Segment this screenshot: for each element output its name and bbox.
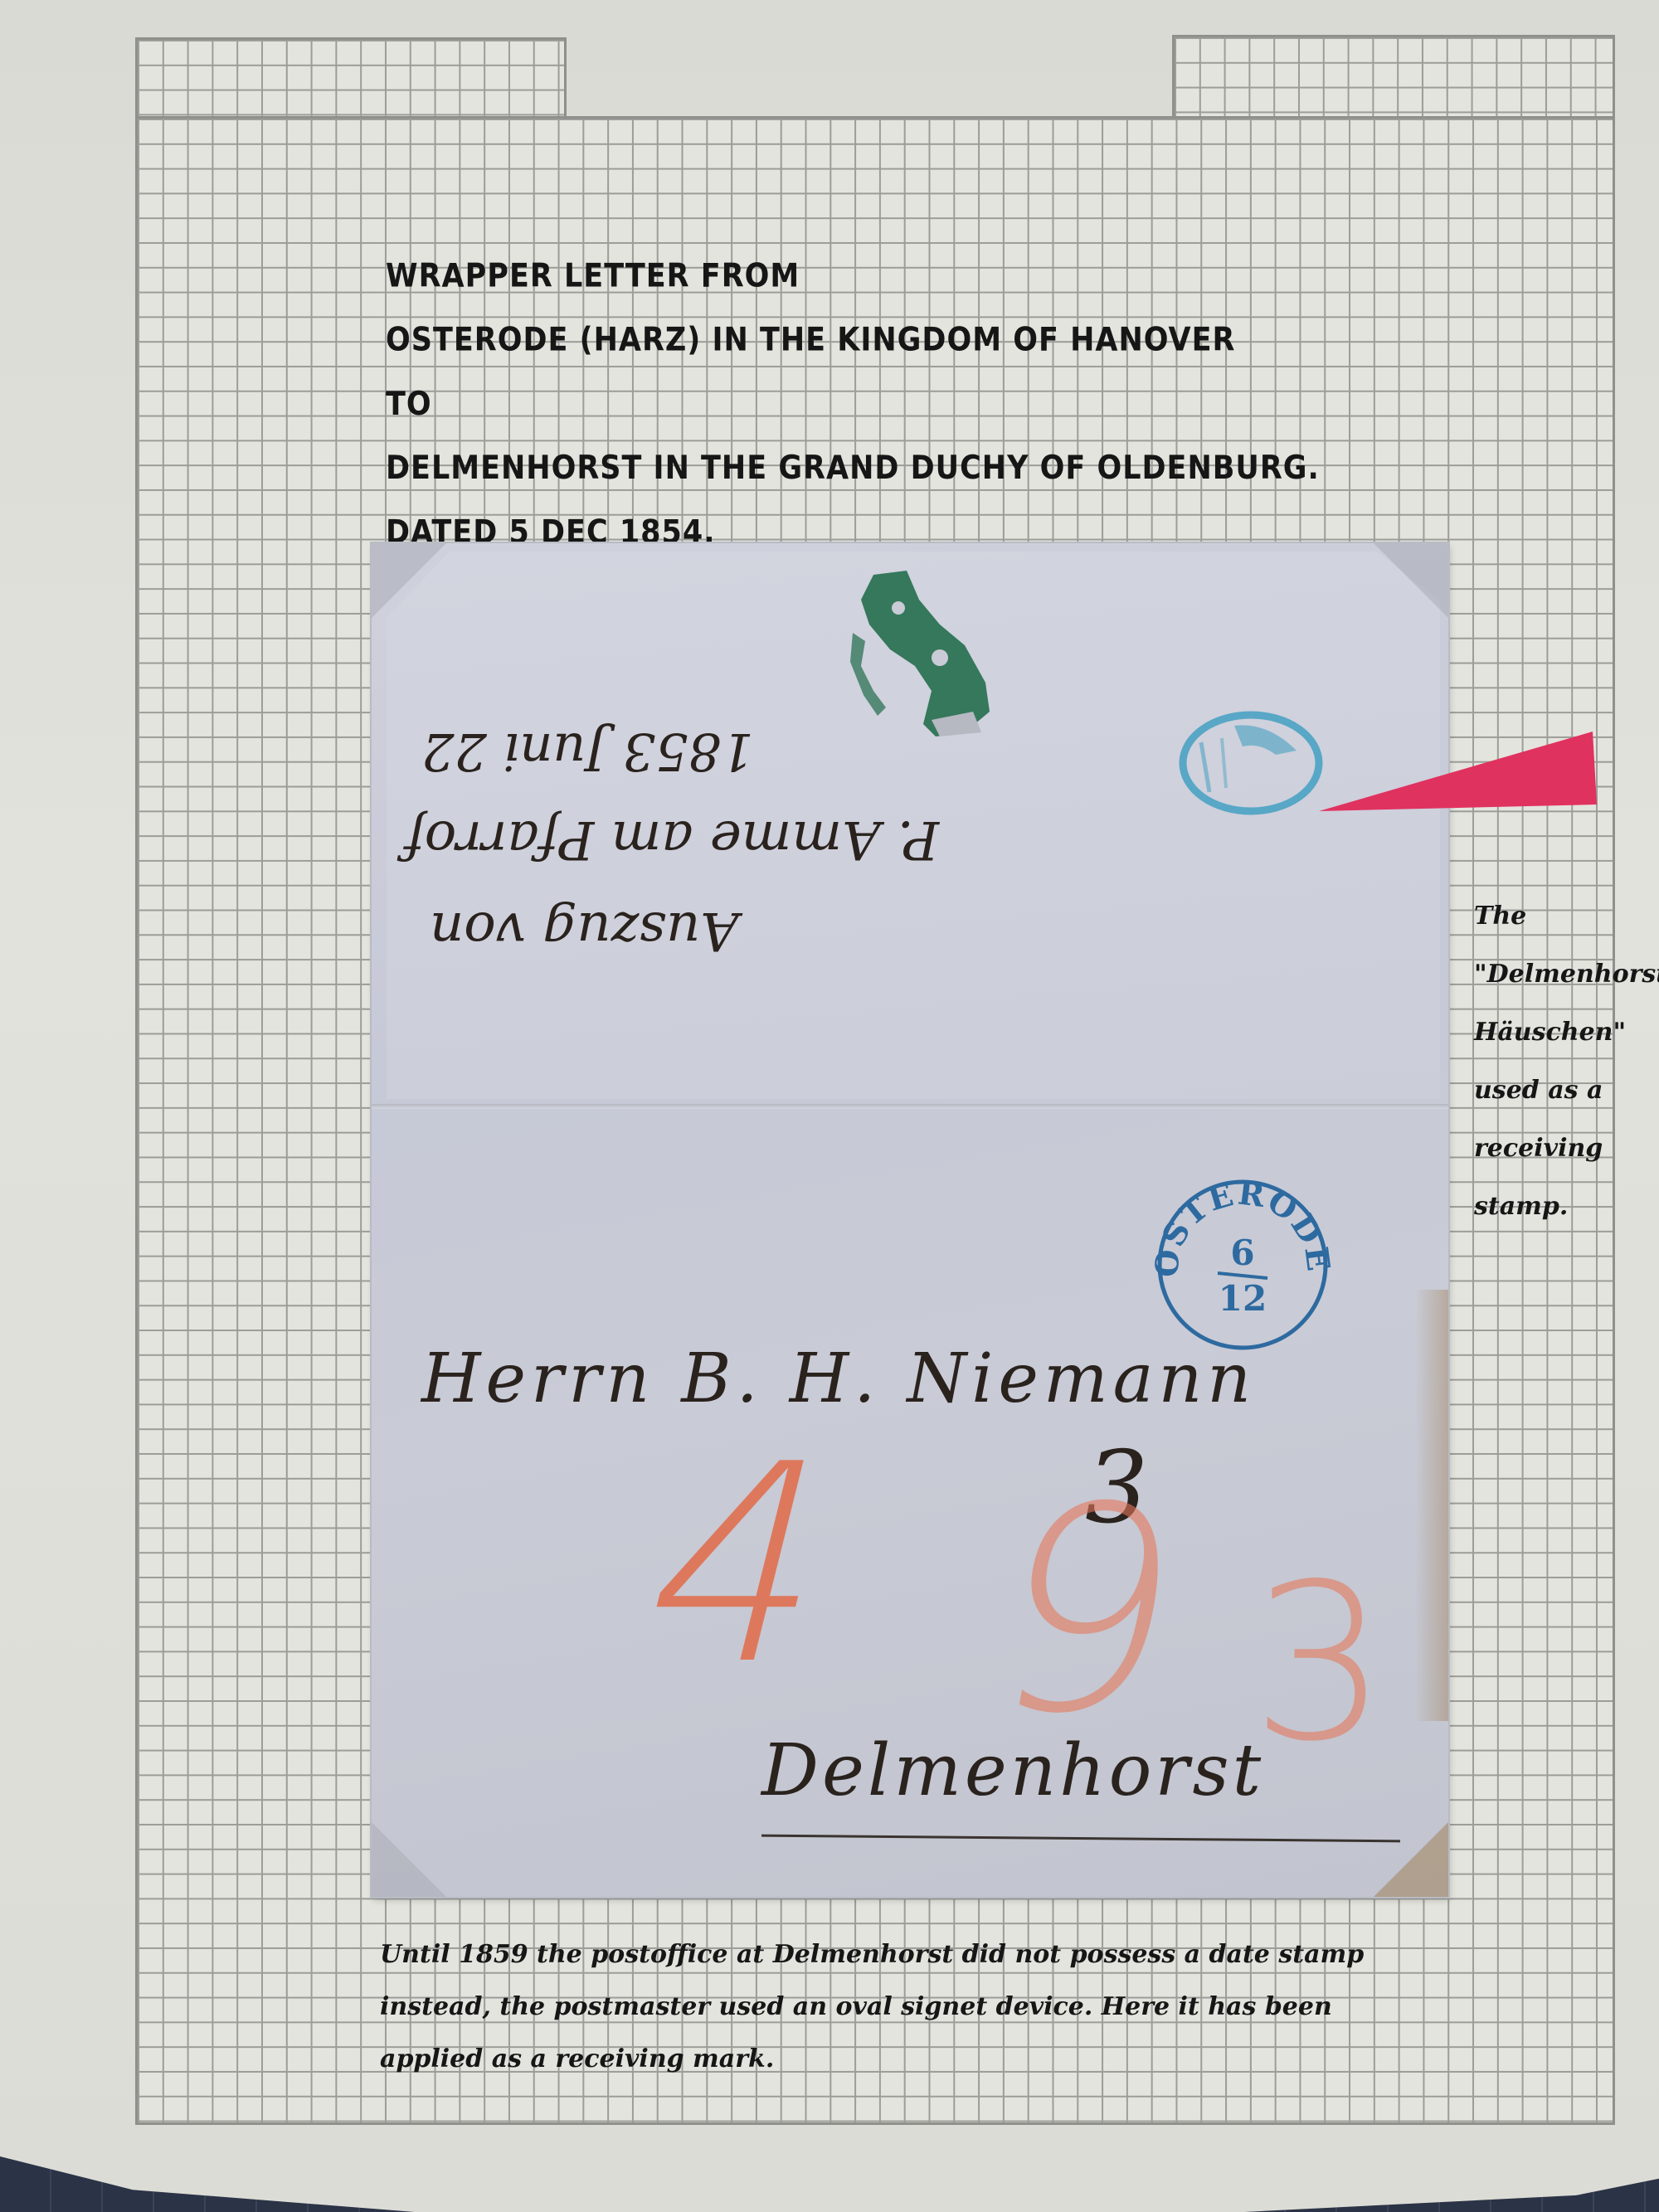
- side-note-line: stamp.: [1474, 1178, 1659, 1236]
- page-title: WRAPPER LETTER FROM OSTERODE (HARZ) IN T…: [386, 245, 1315, 565]
- side-note-line: receiving: [1474, 1120, 1659, 1178]
- bottom-caption: Until 1859 the postoffice at Delmenhorst…: [380, 1928, 1425, 2085]
- photo-corner-mount: [372, 1822, 446, 1897]
- fold-line: [372, 1104, 1448, 1109]
- grid-tab-right: [1172, 35, 1615, 121]
- sender-note-line: Auszug von: [430, 900, 738, 961]
- pointer-arrow-icon: [1319, 730, 1601, 813]
- osterode-postmark: OSTERODE 6 12: [1151, 1174, 1334, 1356]
- title-line: DELMENHORST IN THE GRAND DUCHY OF OLDENB…: [386, 437, 1315, 501]
- caption-line: applied as a receiving mark.: [380, 2033, 1425, 2085]
- photo-corner-mount: [1374, 1822, 1448, 1897]
- postmark-month: 12: [1219, 1278, 1267, 1319]
- age-stain: [1415, 1290, 1448, 1721]
- side-note-line: Häuschen": [1474, 1004, 1659, 1062]
- title-line: OSTERODE (HARZ) IN THE KINGDOM OF HANOVE…: [386, 309, 1315, 372]
- red-crayon-mark: 3: [1251, 1539, 1388, 1789]
- side-note-line: used as a: [1474, 1062, 1659, 1120]
- destination-underline: [761, 1835, 1400, 1843]
- oval-signet-receiving-mark: [1176, 709, 1326, 817]
- sender-note-line: P. Amme am Pfarrof: [405, 809, 939, 870]
- title-line: TO: [386, 373, 1315, 437]
- postmark-day: 6: [1230, 1232, 1254, 1273]
- sender-note-line: 1853 Juni 22: [421, 722, 754, 782]
- title-line: WRAPPER LETTER FROM: [386, 245, 1315, 309]
- side-note-line: The: [1474, 887, 1659, 946]
- grid-tab-left: [135, 37, 567, 120]
- destination: Delmenhorst: [761, 1729, 1264, 1812]
- side-note-line: "Delmenhorster: [1474, 946, 1659, 1004]
- caption-line: Until 1859 the postoffice at Delmenhorst…: [380, 1928, 1425, 1981]
- wax-seal-remnant-icon: [840, 566, 998, 741]
- caption-line: instead, the postmaster used an oval sig…: [380, 1981, 1425, 2033]
- wrapper-letter-cover: OSTERODE 6 12 Auszug von P. Amme am Pfar…: [372, 543, 1448, 1897]
- red-crayon-mark: 9: [969, 1447, 1206, 1776]
- red-crayon-mark: 4: [614, 1406, 868, 1724]
- side-annotation: The "Delmenhorster Häuschen" used as a r…: [1474, 887, 1659, 1236]
